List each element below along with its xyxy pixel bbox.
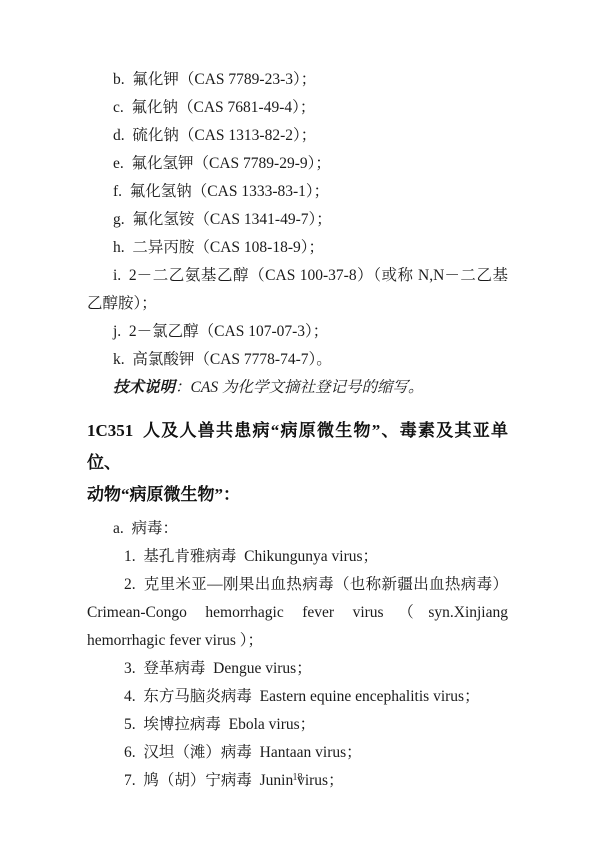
virus-item-2: 2. 克里米亚—刚果出血热病毒（也称新疆出血热病毒）Crimean-Congo … (87, 571, 508, 655)
list-item-f: f. 氟化氢钠（CAS 1333-83-1）； (87, 178, 508, 206)
list-item-g: g. 氟化氢铵（CAS 1341-49-7）； (87, 206, 508, 234)
list-item-h: h. 二异丙胺（CAS 108-18-9）； (87, 234, 508, 262)
list-item-b: b. 氟化钾（CAS 7789-23-3）； (87, 66, 508, 94)
section-heading-1C351: 1C351 人及人兽共患病“病原微生物”、毒素及其亚单位、 动物“病原微生物”： (87, 415, 508, 511)
virus-item-5: 5. 埃博拉病毒 Ebola virus； (87, 711, 508, 739)
technical-note: 技术说明：CAS 为化学文摘社登记号的缩写。 (87, 374, 508, 402)
list-item-k: k. 高氯酸钾（CAS 7778-74-7）。 (87, 346, 508, 374)
pathogen-intro: a. 病毒： (87, 515, 508, 543)
page-number: 18 (293, 772, 303, 783)
technical-note-text: ：CAS 为化学文摘社登记号的缩写。 (175, 379, 423, 396)
virus-item-6: 6. 汉坦（滩）病毒 Hantaan virus； (87, 739, 508, 767)
chemical-list-section: b. 氟化钾（CAS 7789-23-3）； c. 氟化钠（CAS 7681-4… (87, 66, 508, 402)
list-item-c: c. 氟化钠（CAS 7681-49-4）； (87, 94, 508, 122)
virus-item-3: 3. 登革病毒 Dengue virus； (87, 655, 508, 683)
list-item-j: j. 2－氯乙醇（CAS 107-07-3）； (87, 318, 508, 346)
list-item-e: e. 氟化氢钾（CAS 7789-29-9）； (87, 150, 508, 178)
page-footer: 18 (0, 772, 595, 783)
pathogen-list-section: a. 病毒： 1. 基孔肯雅病毒 Chikungunya virus； 2. 克… (87, 515, 508, 795)
virus-item-1: 1. 基孔肯雅病毒 Chikungunya virus； (87, 543, 508, 571)
virus-item-4: 4. 东方马脑炎病毒 Eastern equine encephalitis v… (87, 683, 508, 711)
section-heading-line1: 1C351 人及人兽共患病“病原微生物”、毒素及其亚单位、 (87, 415, 508, 479)
document-page: b. 氟化钾（CAS 7789-23-3）； c. 氟化钠（CAS 7681-4… (0, 0, 595, 841)
section-heading-line2: 动物“病原微生物”： (87, 479, 508, 511)
list-item-d: d. 硫化钠（CAS 1313-82-2）； (87, 122, 508, 150)
technical-note-label: 技术说明 (113, 379, 175, 396)
list-item-i: i. 2－二乙氨基乙醇（CAS 100-37-8）（或称 N,N－二乙基乙醇胺）… (87, 262, 508, 318)
